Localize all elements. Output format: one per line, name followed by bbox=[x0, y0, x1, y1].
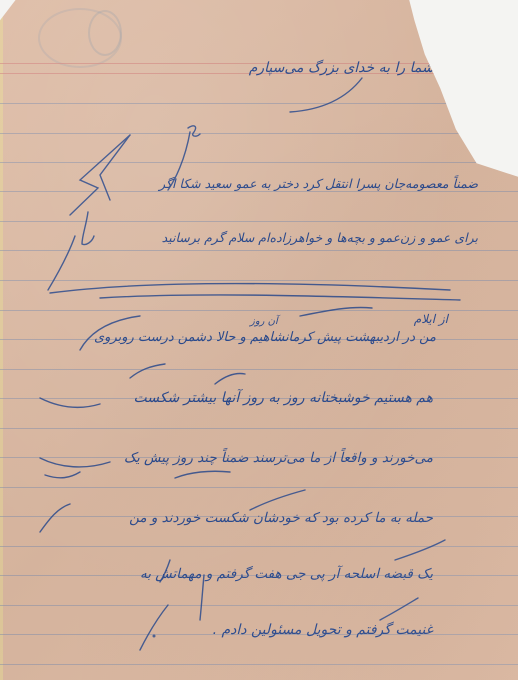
ruled-line bbox=[0, 634, 518, 635]
ruled-line bbox=[0, 398, 518, 399]
paper-edge bbox=[0, 0, 3, 680]
ruled-line bbox=[0, 103, 518, 104]
closing-line: در خاتمه شما را به خدای بزرگ می‌سپارم bbox=[249, 60, 488, 76]
letter-line-3: من در اردیبهشت پیش کرمانشاهیم و حالا دشم… bbox=[94, 330, 436, 345]
ruled-line bbox=[0, 310, 518, 311]
margin-note-location: از ایلام bbox=[414, 312, 448, 326]
letter-line-1: ضمناً معصومه‌جان پسرا انتقل کرد دختر به … bbox=[159, 176, 478, 191]
ruled-line bbox=[0, 605, 518, 606]
ruled-line bbox=[0, 162, 518, 163]
margin-rule-red bbox=[0, 63, 518, 64]
ruled-line bbox=[0, 487, 518, 488]
ruled-line bbox=[0, 369, 518, 370]
ruled-line bbox=[0, 339, 518, 340]
ruled-line bbox=[0, 250, 518, 251]
ruled-line bbox=[0, 428, 518, 429]
ruled-line bbox=[0, 191, 518, 192]
ruled-line bbox=[0, 133, 518, 134]
ruled-line bbox=[0, 664, 518, 665]
ruled-line bbox=[0, 457, 518, 458]
ruled-line bbox=[0, 575, 518, 576]
letter-line-7: یک قبضه اسلحه آر پی جی هفت گرفتم و مهمات… bbox=[140, 566, 433, 582]
letter-line-6: حمله به ما کرده بود که خودشان شکست خوردن… bbox=[129, 510, 433, 526]
ruled-line bbox=[0, 516, 518, 517]
margin-rule-red bbox=[0, 73, 518, 74]
faded-stamp bbox=[38, 8, 122, 68]
margin-note-inline: آن روز bbox=[250, 316, 278, 327]
ruled-line bbox=[0, 546, 518, 547]
ink-flourishes bbox=[0, 0, 518, 680]
letter-paper: در خاتمه شما را به خدای بزرگ می‌سپارم ضم… bbox=[0, 0, 518, 680]
letter-line-5: می‌خورند و واقعاً از ما می‌ترسند ضمناً چ… bbox=[124, 450, 433, 466]
letter-line-4: هم هستیم خوشبختانه روز به روز آنها بیشتر… bbox=[134, 390, 433, 406]
letter-line-8: غنیمت گرفتم و تحویل مسئولین دادم . bbox=[213, 622, 433, 638]
ruled-line bbox=[0, 221, 518, 222]
faded-stamp-inner bbox=[88, 10, 122, 56]
letter-line-2: برای عمو و زن‌عمو و بچه‌ها و خواهرزاده‌ا… bbox=[162, 230, 478, 245]
ruled-line bbox=[0, 280, 518, 281]
